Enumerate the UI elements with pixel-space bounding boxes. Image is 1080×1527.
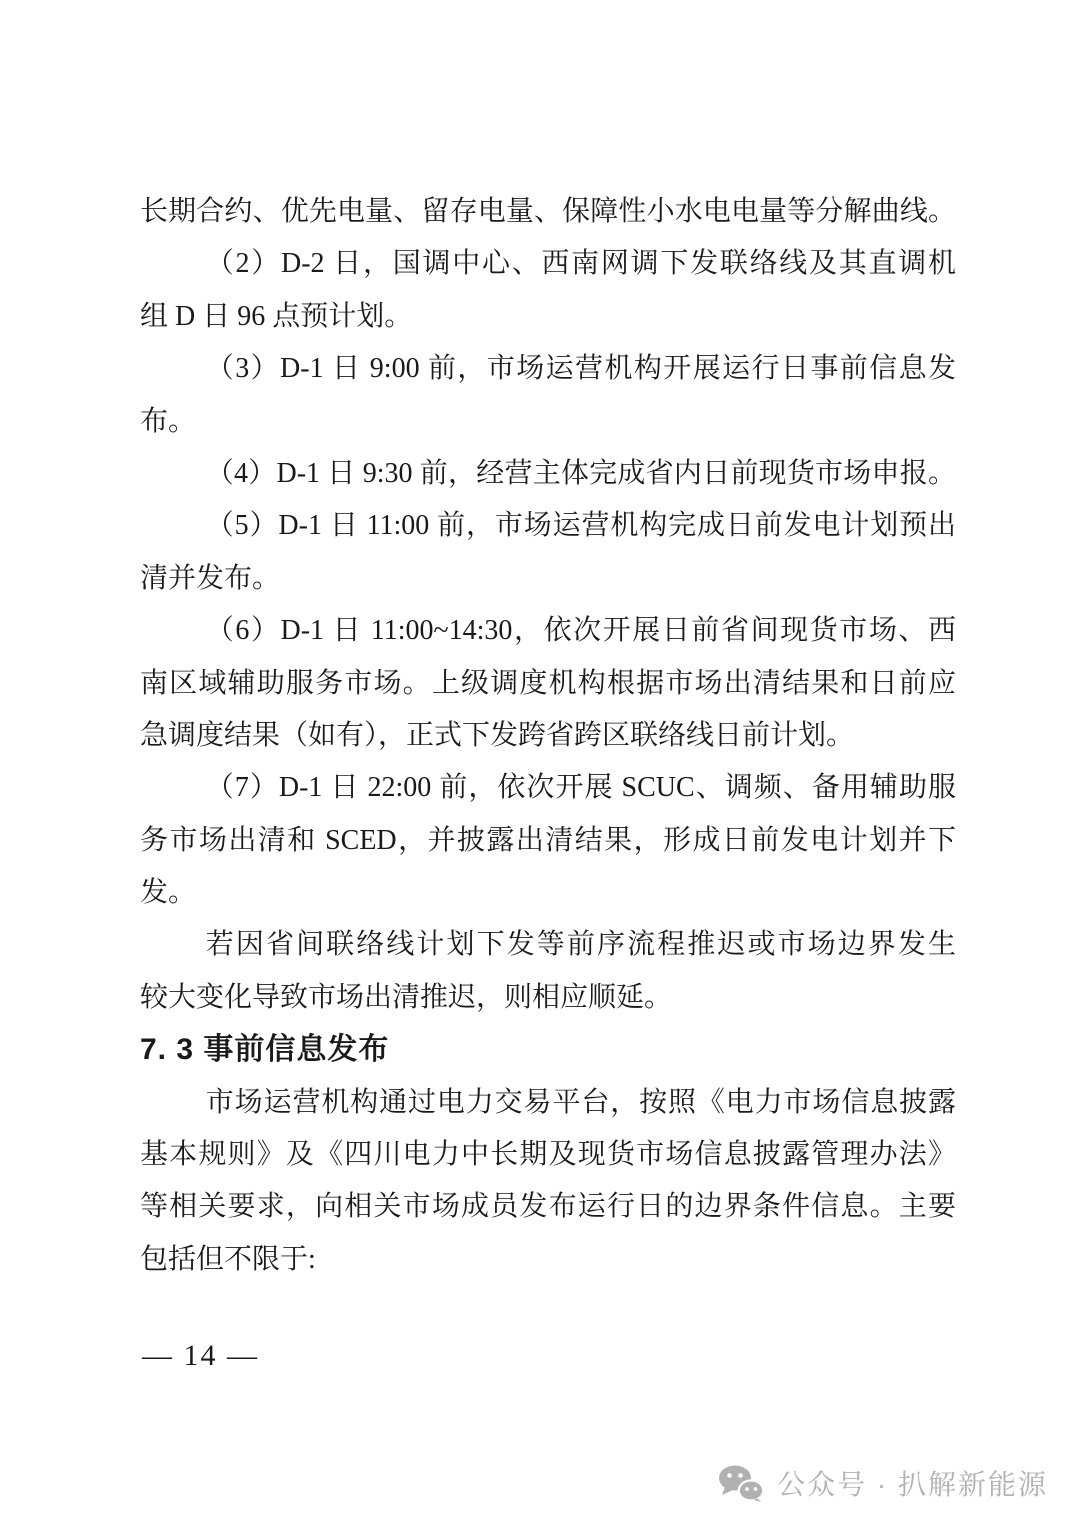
text-line: （2）D-2 日，国调中心、西南网调下发联络线及其直调机 bbox=[140, 238, 956, 290]
text-line: （4）D-1 日 9:30 前，经营主体完成省内日前现货市场申报。 bbox=[140, 448, 956, 500]
text-line: 较大变化导致市场出清推迟，则相应顺延。 bbox=[140, 972, 956, 1024]
text-line: 若因省间联络线计划下发等前序流程推迟或市场边界发生 bbox=[140, 919, 956, 971]
wechat-icon bbox=[718, 1464, 764, 1502]
text-line: 等相关要求，向相关市场成员发布运行日的边界条件信息。主要 bbox=[140, 1181, 956, 1233]
document-page: 长期合约、优先电量、留存电量、保障性小水电电量等分解曲线。 （2）D-2 日，国… bbox=[0, 0, 1080, 1527]
text-line: 急调度结果（如有），正式下发跨省跨区联络线日前计划。 bbox=[140, 710, 956, 762]
text-line: 包括但不限于: bbox=[140, 1234, 956, 1286]
text-line: 基本规则》及《四川电力中长期及现货市场信息披露管理办法》 bbox=[140, 1129, 956, 1181]
text-line: 布。 bbox=[140, 396, 956, 448]
text-line: （3）D-1 日 9:00 前，市场运营机构开展运行日事前信息发 bbox=[140, 343, 956, 395]
text-line: 南区域辅助服务市场。上级调度机构根据市场出清结果和日前应 bbox=[140, 658, 956, 710]
text-line: （6）D-1 日 11:00~14:30，依次开展日前省间现货市场、西 bbox=[140, 605, 956, 657]
text-line: 长期合约、优先电量、留存电量、保障性小水电电量等分解曲线。 bbox=[140, 186, 956, 238]
watermark: 公众号 · 扒解新能源 bbox=[718, 1463, 1048, 1503]
text-block: 长期合约、优先电量、留存电量、保障性小水电电量等分解曲线。 （2）D-2 日，国… bbox=[140, 186, 956, 1286]
watermark-text: 公众号 · 扒解新能源 bbox=[777, 1463, 1048, 1503]
text-line: （7）D-1 日 22:00 前，依次开展 SCUC、调频、备用辅助服 bbox=[140, 762, 956, 814]
section-heading: 7. 3 事前信息发布 bbox=[140, 1024, 956, 1076]
text-line: 清并发布。 bbox=[140, 553, 956, 605]
text-line: 组 D 日 96 点预计划。 bbox=[140, 291, 956, 343]
text-line: 市场运营机构通过电力交易平台，按照《电力市场信息披露 bbox=[140, 1077, 956, 1129]
text-line: （5）D-1 日 11:00 前，市场运营机构完成日前发电计划预出 bbox=[140, 500, 956, 552]
text-line: 发。 bbox=[140, 867, 956, 919]
text-line: 务市场出清和 SCED，并披露出清结果，形成日前发电计划并下 bbox=[140, 815, 956, 867]
page-number: — 14 — bbox=[142, 1338, 259, 1374]
